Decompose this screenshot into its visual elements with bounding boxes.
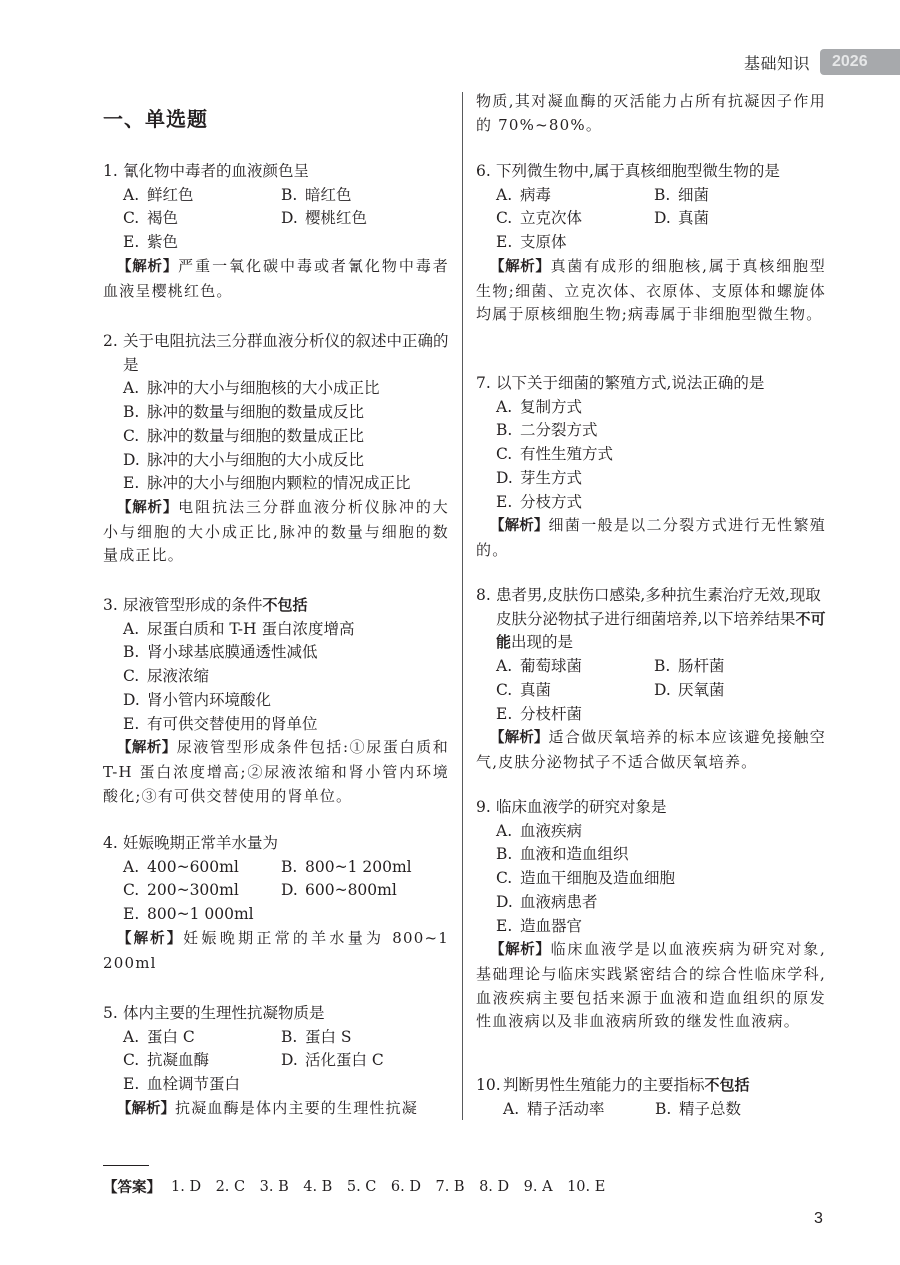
option-b: B.蛋白 S: [281, 1026, 439, 1050]
option-a: A.血液疾病: [496, 820, 826, 844]
question-stem: 下列微生物中,属于真核细胞型微生物的是: [496, 162, 780, 180]
option-d: D.肾小管内环境酸化: [123, 689, 449, 713]
question-6: 6.下列微生物中,属于真核细胞型微生物的是 A.病毒 B.细菌 C.立克次体 D…: [476, 160, 826, 327]
answer-item: 6. D: [391, 1179, 421, 1195]
section-title: 一、单选题: [103, 103, 208, 132]
options: A.病毒 B.细菌 C.立克次体 D.真菌 E.支原体: [476, 184, 826, 255]
explanation-label: 【解析】: [117, 259, 178, 275]
explanation-label: 【解析】: [117, 931, 183, 947]
option-e: E.紫色: [123, 231, 449, 255]
stem-emphasis: 不包括: [705, 1076, 750, 1094]
option-c: C.真菌: [496, 679, 654, 703]
question-number: 9.: [476, 796, 496, 820]
option-e: E.有可供交替使用的肾单位: [123, 713, 449, 737]
question-8: 8.患者男,皮肤伤口感染,多种抗生素治疗无效,现取皮肤分泌物拭子进行细菌培养,以…: [476, 584, 826, 775]
option-d: D.活化蛋白 C: [281, 1049, 439, 1073]
option-e: E.800~1 000ml: [123, 903, 449, 927]
options: A.蛋白 C B.蛋白 S C.抗凝血酶 D.活化蛋白 C E.血栓调节蛋白: [103, 1026, 449, 1097]
options: A.血液疾病 B.血液和造血组织 C.造血干细胞及造血细胞 D.血液病患者 E.…: [476, 820, 826, 939]
option-d: D.真菌: [654, 207, 812, 231]
question-stem: 妊娠晚期正常羊水量为: [123, 834, 278, 852]
explanation-label: 【解析】: [490, 730, 549, 746]
explanation: 【解析】临床血液学是以血液疾病为研究对象,基础理论与临床实践紧密结合的综合性临床…: [476, 938, 826, 1034]
question-5-explanation-continued: 物质,其对凝血酶的灭活能力占所有抗凝因子作用的 70%~80%。: [476, 90, 826, 137]
question-number: 6.: [476, 160, 496, 184]
page-number: 3: [814, 1210, 823, 1228]
question-number: 5.: [103, 1002, 123, 1026]
explanation-label: 【解析】: [490, 942, 551, 958]
year-badge: 2026: [820, 49, 900, 75]
answer-key: 【答案】 1. D 2. C 3. B 4. B 5. C 6. D 7. B …: [103, 1176, 620, 1197]
option-e: E.造血器官: [496, 915, 826, 939]
option-e: E.分枝方式: [496, 491, 826, 515]
option-d: D.脉冲的大小与细胞的大小成反比: [123, 449, 449, 473]
answer-item: 5. C: [347, 1179, 377, 1195]
option-b: B.脉冲的数量与细胞的数量成反比: [123, 401, 449, 425]
question-stem: 以下关于细菌的繁殖方式,说法正确的是: [496, 374, 764, 392]
explanation-label: 【解析】: [490, 259, 551, 275]
answer-item: 10. E: [567, 1179, 605, 1195]
question-number: 4.: [103, 832, 123, 856]
explanation-label: 【解析】: [117, 740, 177, 756]
question-1: 1.氰化物中毒者的血液颜色呈 A.鲜红色 B.暗红色 C.褐色 D.樱桃红色 E…: [103, 160, 449, 303]
question-4: 4.妊娠晚期正常羊水量为 A.400~600ml B.800~1 200ml C…: [103, 832, 449, 975]
option-a: A.精子活动率: [503, 1098, 655, 1122]
option-c: C.尿液浓缩: [123, 665, 449, 689]
options: A.鲜红色 B.暗红色 C.褐色 D.樱桃红色 E.紫色: [103, 184, 449, 255]
answer-item: 3. B: [260, 1179, 289, 1195]
options: A.脉冲的大小与细胞核的大小成正比 B.脉冲的数量与细胞的数量成反比 C.脉冲的…: [103, 377, 449, 496]
option-b: B.肠杆菌: [654, 655, 812, 679]
option-e: E.血栓调节蛋白: [123, 1073, 449, 1097]
answer-item: 7. B: [435, 1179, 464, 1195]
question-2: 2.关于电阻抗法三分群血液分析仪的叙述中正确的是 A.脉冲的大小与细胞核的大小成…: [103, 330, 449, 568]
question-stem: 体内主要的生理性抗凝物质是: [123, 1004, 325, 1022]
explanation: 【解析】妊娠晚期正常的羊水量为 800~1 200ml: [103, 927, 449, 975]
option-c: C.立克次体: [496, 207, 654, 231]
question-stem: 氰化物中毒者的血液颜色呈: [123, 162, 309, 180]
explanation: 【解析】抗凝血酶是体内主要的生理性抗凝: [103, 1097, 449, 1122]
option-d: D.600~800ml: [281, 879, 439, 903]
options: A.葡萄球菌 B.肠杆菌 C.真菌 D.厌氧菌 E.分枝杆菌: [476, 655, 826, 726]
option-b: B.二分裂方式: [496, 419, 826, 443]
options: A.精子活动率 B.精子总数: [476, 1098, 826, 1122]
option-a: A.400~600ml: [123, 856, 281, 880]
running-header: 基础知识 2026: [744, 48, 900, 76]
option-b: B.血液和造血组织: [496, 843, 826, 867]
option-d: D.厌氧菌: [654, 679, 812, 703]
question-stem: 临床血液学的研究对象是: [496, 798, 667, 816]
option-d: D.血液病患者: [496, 891, 826, 915]
answer-item: 9. A: [524, 1179, 553, 1195]
option-b: B.肾小球基底膜通透性减低: [123, 641, 449, 665]
option-a: A.脉冲的大小与细胞核的大小成正比: [123, 377, 449, 401]
option-c: C.200~300ml: [123, 879, 281, 903]
question-stem: 尿液管型形成的条件: [123, 596, 263, 614]
explanation-label: 【解析】: [117, 1101, 175, 1117]
answer-item: 1. D: [171, 1179, 201, 1195]
option-a: A.蛋白 C: [123, 1026, 281, 1050]
options: A.尿蛋白质和 T-H 蛋白浓度增高 B.肾小球基底膜通透性减低 C.尿液浓缩 …: [103, 618, 449, 737]
option-e: E.分枝杆菌: [496, 703, 826, 727]
question-number: 2.: [103, 330, 123, 354]
answer-item: 4. B: [303, 1179, 332, 1195]
option-a: A.病毒: [496, 184, 654, 208]
explanation: 【解析】适合做厌氧培养的标本应该避免接触空气,皮肤分泌物拭子不适合做厌氧培养。: [476, 726, 826, 774]
question-7: 7.以下关于细菌的繁殖方式,说法正确的是 A.复制方式 B.二分裂方式 C.有性…: [476, 372, 826, 563]
options: A.复制方式 B.二分裂方式 C.有性生殖方式 D.芽生方式 E.分枝方式: [476, 396, 826, 515]
question-number: 10.: [476, 1074, 503, 1098]
option-d: D.芽生方式: [496, 467, 826, 491]
header-title: 基础知识: [744, 51, 810, 74]
answer-item: 2. C: [216, 1179, 246, 1195]
explanation-label: 【解析】: [490, 518, 549, 534]
option-b: B.暗红色: [281, 184, 439, 208]
explanation: 【解析】电阻抗法三分群血液分析仪脉冲的大小与细胞的大小成正比,脉冲的数量与细胞的…: [103, 496, 449, 568]
option-a: A.鲜红色: [123, 184, 281, 208]
question-number: 1.: [103, 160, 123, 184]
question-3: 3.尿液管型形成的条件不包括 A.尿蛋白质和 T-H 蛋白浓度增高 B.肾小球基…: [103, 594, 449, 808]
option-c: C.有性生殖方式: [496, 443, 826, 467]
explanation: 【解析】严重一氧化碳中毒或者氰化物中毒者血液呈樱桃红色。: [103, 255, 449, 303]
option-d: D.樱桃红色: [281, 207, 439, 231]
question-9: 9.临床血液学的研究对象是 A.血液疾病 B.血液和造血组织 C.造血干细胞及造…: [476, 796, 826, 1034]
explanation-label: 【解析】: [117, 500, 178, 516]
option-a: A.葡萄球菌: [496, 655, 654, 679]
explanation: 【解析】细菌一般是以二分裂方式进行无性繁殖的。: [476, 514, 826, 562]
option-e: E.支原体: [496, 231, 826, 255]
column-divider: [462, 92, 463, 1120]
answer-label: 【答案】: [103, 1176, 161, 1197]
explanation: 【解析】尿液管型形成条件包括:①尿蛋白质和 T-H 蛋白浓度增高;②尿液浓缩和肾…: [103, 736, 449, 808]
option-b: B.细菌: [654, 184, 812, 208]
question-stem: 关于电阻抗法三分群血液分析仪的叙述中正确的是: [123, 332, 449, 374]
question-stem: 患者男,皮肤伤口感染,多种抗生素治疗无效,现取皮肤分泌物拭子进行细菌培养,以下培…: [496, 586, 821, 628]
question-number: 7.: [476, 372, 496, 396]
option-a: A.尿蛋白质和 T-H 蛋白浓度增高: [123, 618, 449, 642]
question-10: 10.判断男性生殖能力的主要指标不包括 A.精子活动率 B.精子总数: [476, 1074, 826, 1121]
question-number: 8.: [476, 584, 496, 608]
option-c: C.褐色: [123, 207, 281, 231]
question-number: 3.: [103, 594, 123, 618]
question-stem: 判断男性生殖能力的主要指标: [503, 1076, 705, 1094]
option-a: A.复制方式: [496, 396, 826, 420]
question-5: 5.体内主要的生理性抗凝物质是 A.蛋白 C B.蛋白 S C.抗凝血酶 D.活…: [103, 1002, 449, 1122]
options: A.400~600ml B.800~1 200ml C.200~300ml D.…: [103, 856, 449, 927]
option-e: E.脉冲的大小与细胞内颗粒的情况成正比: [123, 472, 449, 496]
explanation: 【解析】真菌有成形的细胞核,属于真核细胞型生物;细菌、立克次体、衣原体、支原体和…: [476, 255, 826, 327]
option-b: B.精子总数: [655, 1098, 813, 1122]
answer-item: 8. D: [479, 1179, 509, 1195]
answer-separator: [103, 1165, 149, 1166]
option-c: C.抗凝血酶: [123, 1049, 281, 1073]
option-c: C.脉冲的数量与细胞的数量成正比: [123, 425, 449, 449]
option-b: B.800~1 200ml: [281, 856, 439, 880]
option-c: C.造血干细胞及造血细胞: [496, 867, 826, 891]
stem-emphasis: 不包括: [263, 596, 308, 614]
